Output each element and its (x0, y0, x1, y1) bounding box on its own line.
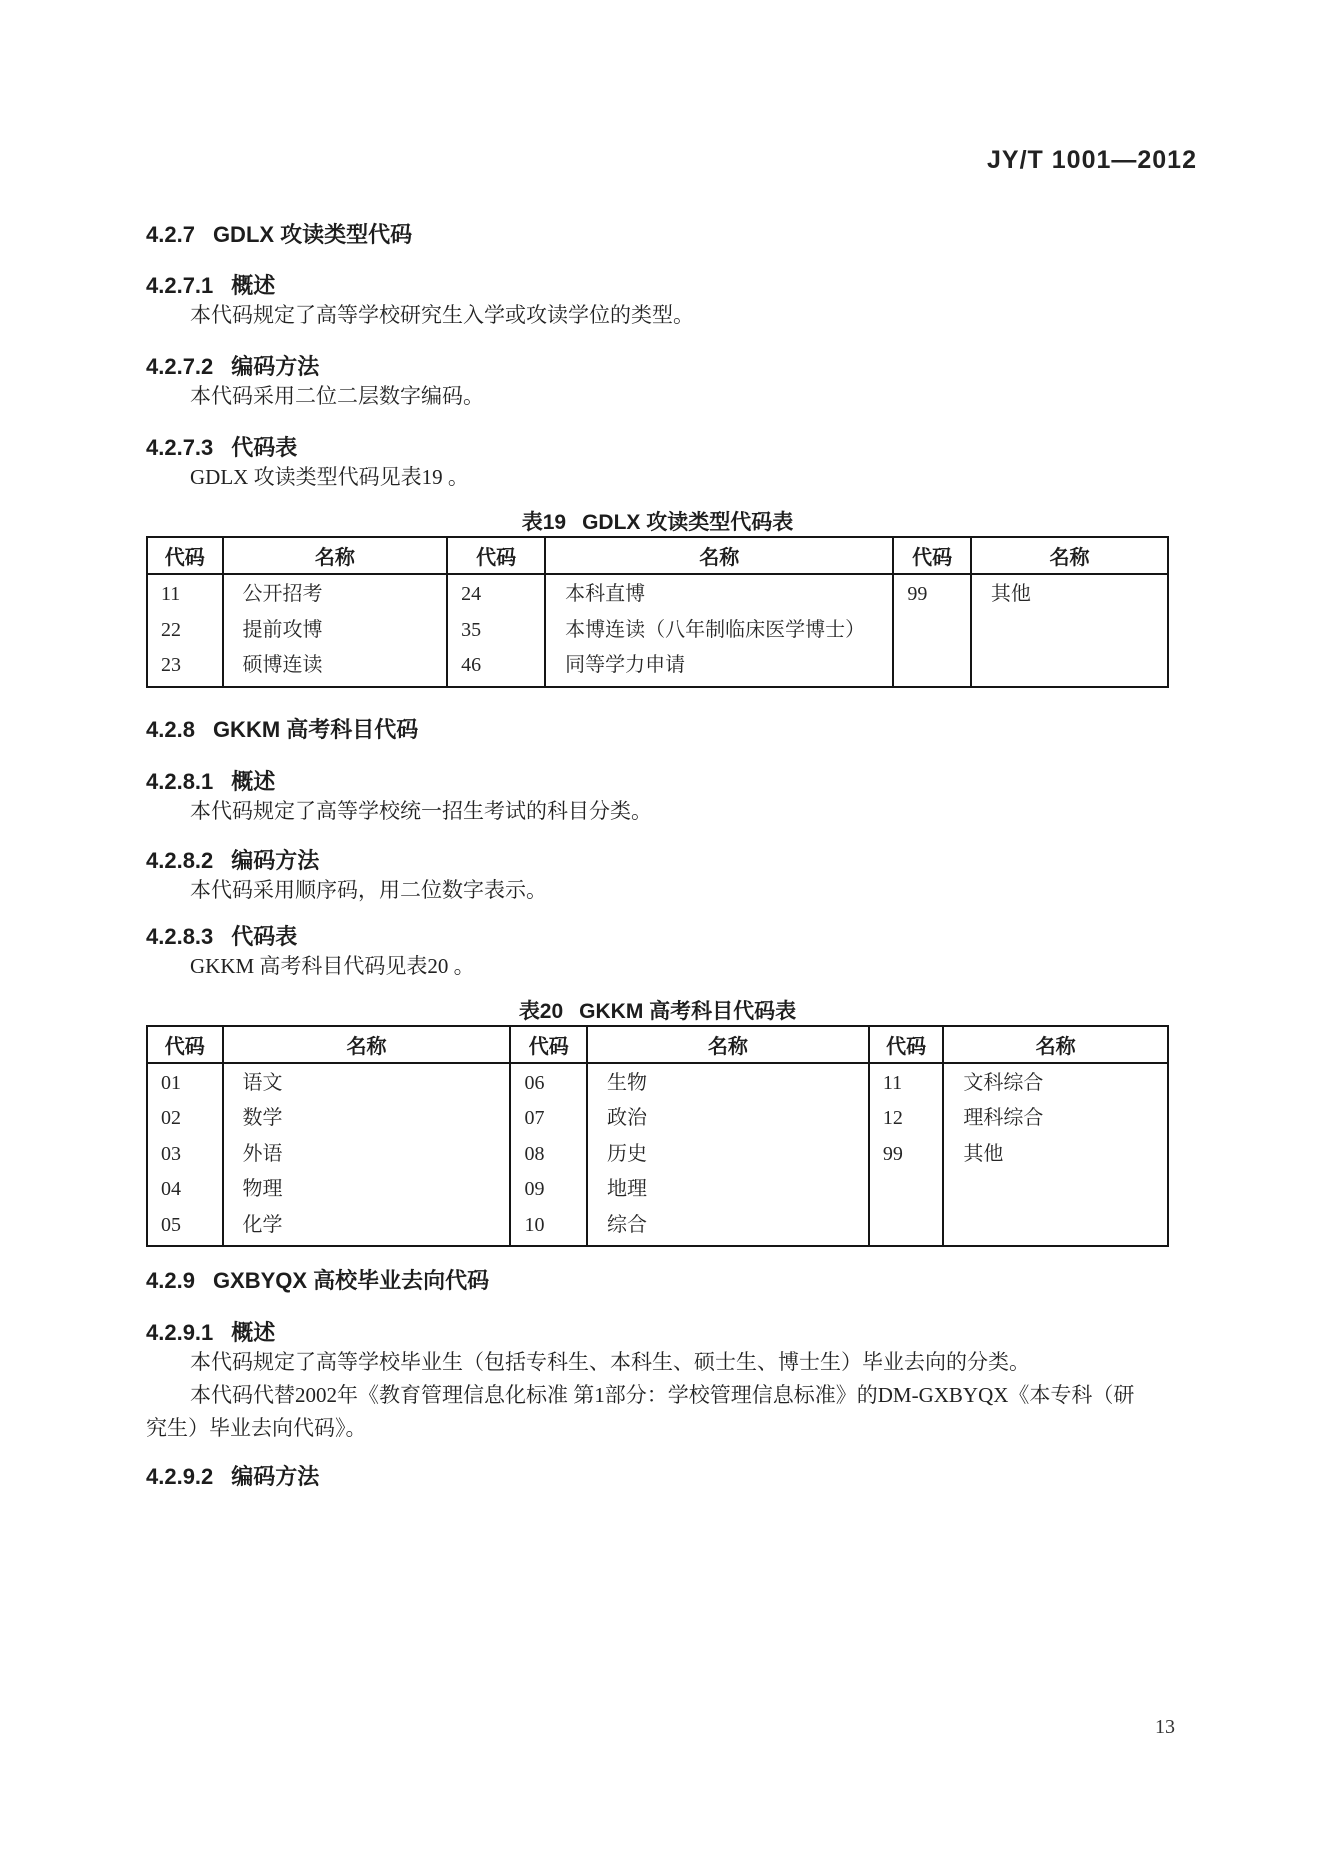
table20-caption-label: 表20 (519, 1000, 563, 1023)
table19-caption: 表19GDLX 攻读类型代码表 (146, 510, 1169, 536)
column-header-code: 代码 (893, 537, 971, 574)
code-value: 09 (511, 1172, 586, 1208)
section-heading-4-2-8-1: 4.2.8.1 概述 (146, 769, 1169, 795)
table19-code-cell: 24 35 46 (447, 574, 545, 687)
section-heading-4-2-7: 4.2.7 GDLX 攻读类型代码 (146, 222, 1169, 248)
table19-gdlx-codes: 代码 名称 代码 名称 代码 名称 11 22 23 公开招考 (146, 536, 1169, 688)
table20-code-cell: 11 12 99 (869, 1063, 944, 1247)
section-number: 4.2.8.3 (146, 924, 213, 950)
name-value: 化学 (224, 1208, 510, 1244)
paragraph: 本代码代替2002年《教育管理信息化标准 第1部分：学校管理信息标准》的DM-G… (146, 1379, 1146, 1445)
column-header-name: 名称 (587, 1026, 869, 1063)
section-number: 4.2.7 (146, 222, 195, 248)
table20-code-cell: 01 02 03 04 05 (147, 1063, 223, 1247)
page-content: 4.2.7 GDLX 攻读类型代码 4.2.7.1 概述 本代码规定了高等学校研… (146, 0, 1169, 1490)
table19-name-cell: 公开招考 提前攻博 硕博连读 (223, 574, 448, 687)
section-title: 编码方法 (231, 1464, 319, 1490)
section-title: GXBYQX 高校毕业去向代码 (213, 1268, 489, 1294)
table19-name-cell: 其他 (971, 574, 1168, 687)
name-value: 生物 (588, 1066, 868, 1102)
section-heading-4-2-8-2: 4.2.8.2 编码方法 (146, 848, 1169, 874)
code-value: 01 (148, 1066, 222, 1102)
code-value: 03 (148, 1137, 222, 1173)
name-value: 其他 (972, 577, 1167, 613)
table19-caption-title: GDLX 攻读类型代码表 (582, 511, 793, 534)
name-value: 物理 (224, 1172, 510, 1208)
name-value: 外语 (224, 1137, 510, 1173)
code-value: 11 (148, 577, 222, 613)
section-heading-4-2-9-1: 4.2.9.1 概述 (146, 1320, 1169, 1346)
section-title: 编码方法 (231, 848, 319, 874)
section-number: 4.2.8.1 (146, 769, 213, 795)
name-value: 其他 (944, 1137, 1167, 1173)
column-header-code: 代码 (510, 1026, 587, 1063)
section-heading-4-2-7-1: 4.2.7.1 概述 (146, 273, 1169, 299)
column-header-name: 名称 (971, 537, 1168, 574)
table19-caption-label: 表19 (522, 511, 566, 534)
section-number: 4.2.9 (146, 1268, 195, 1294)
section-title: GKKM 高考科目代码 (213, 717, 418, 743)
code-value: 08 (511, 1137, 586, 1173)
code-value: 06 (511, 1066, 586, 1102)
table20-code-cell: 06 07 08 09 10 (510, 1063, 587, 1247)
section-title: 代码表 (231, 435, 297, 461)
code-value: 46 (448, 648, 544, 684)
code-value: 11 (870, 1066, 943, 1102)
name-value: 同等学力申请 (546, 648, 892, 684)
column-header-name: 名称 (545, 537, 893, 574)
code-value: 23 (148, 648, 222, 684)
code-value: 35 (448, 613, 544, 649)
section-number: 4.2.7.1 (146, 273, 213, 299)
name-value: 政治 (588, 1101, 868, 1137)
section-number: 4.2.9.2 (146, 1464, 213, 1490)
paragraph: 本代码采用顺序码，用二位数字表示。 (146, 874, 1169, 907)
section-title: 代码表 (231, 924, 297, 950)
section-number: 4.2.7.3 (146, 435, 213, 461)
section-heading-4-2-9: 4.2.9 GXBYQX 高校毕业去向代码 (146, 1268, 1169, 1294)
code-value: 04 (148, 1172, 222, 1208)
section-heading-4-2-8-3: 4.2.8.3 代码表 (146, 924, 1169, 950)
table19-body-row: 11 22 23 公开招考 提前攻博 硕博连读 24 35 46 (147, 574, 1168, 687)
section-number: 4.2.9.1 (146, 1320, 213, 1346)
column-header-code: 代码 (147, 1026, 223, 1063)
code-value: 22 (148, 613, 222, 649)
code-value: 07 (511, 1101, 586, 1137)
table20-name-cell: 语文 数学 外语 物理 化学 (223, 1063, 511, 1247)
name-value: 语文 (224, 1066, 510, 1102)
page-number: 13 (1155, 1716, 1175, 1739)
section-title: 概述 (231, 1320, 275, 1346)
name-value: 数学 (224, 1101, 510, 1137)
code-value: 99 (894, 577, 970, 613)
name-value: 理科综合 (944, 1101, 1167, 1137)
section-heading-4-2-9-2: 4.2.9.2 编码方法 (146, 1464, 1169, 1490)
name-value: 本博连读（八年制临床医学博士） (546, 613, 892, 649)
table20-caption-title: GKKM 高考科目代码表 (579, 1000, 796, 1023)
name-value: 公开招考 (224, 577, 447, 613)
section-heading-4-2-7-2: 4.2.7.2 编码方法 (146, 354, 1169, 380)
column-header-name: 名称 (943, 1026, 1168, 1063)
table20-header-row: 代码 名称 代码 名称 代码 名称 (147, 1026, 1168, 1063)
document-page: JY/T 1001—2012 4.2.7 GDLX 攻读类型代码 4.2.7.1… (0, 0, 1323, 1871)
table20-name-cell: 生物 政治 历史 地理 综合 (587, 1063, 869, 1247)
section-title: 编码方法 (231, 354, 319, 380)
paragraph: 本代码规定了高等学校毕业生（包括专科生、本科生、硕士生、博士生）毕业去向的分类。 (146, 1346, 1169, 1379)
paragraph: 本代码规定了高等学校研究生入学或攻读学位的类型。 (146, 299, 1169, 332)
section-number: 4.2.8.2 (146, 848, 213, 874)
code-value: 24 (448, 577, 544, 613)
name-value: 硕博连读 (224, 648, 447, 684)
section-title: GDLX 攻读类型代码 (213, 222, 412, 248)
table20-caption: 表20GKKM 高考科目代码表 (146, 999, 1169, 1025)
name-value: 历史 (588, 1137, 868, 1173)
column-header-code: 代码 (869, 1026, 944, 1063)
name-value: 地理 (588, 1172, 868, 1208)
name-value: 综合 (588, 1208, 868, 1244)
table19-name-cell: 本科直博 本博连读（八年制临床医学博士） 同等学力申请 (545, 574, 893, 687)
code-value: 10 (511, 1208, 586, 1244)
code-value: 12 (870, 1101, 943, 1137)
paragraph: 本代码规定了高等学校统一招生考试的科目分类。 (146, 795, 1169, 828)
name-value: 本科直博 (546, 577, 892, 613)
section-heading-4-2-8: 4.2.8 GKKM 高考科目代码 (146, 717, 1169, 743)
column-header-code: 代码 (147, 537, 223, 574)
code-value: 99 (870, 1137, 943, 1173)
name-value: 提前攻博 (224, 613, 447, 649)
paragraph: GKKM 高考科目代码见表20 。 (146, 950, 1169, 983)
table20-body-row: 01 02 03 04 05 语文 数学 外语 物理 化学 06 (147, 1063, 1168, 1247)
table20-gkkm-codes: 代码 名称 代码 名称 代码 名称 01 02 03 04 05 (146, 1025, 1169, 1248)
table20-name-cell: 文科综合 理科综合 其他 (943, 1063, 1168, 1247)
section-title: 概述 (231, 769, 275, 795)
section-heading-4-2-7-3: 4.2.7.3 代码表 (146, 435, 1169, 461)
column-header-name: 名称 (223, 1026, 511, 1063)
code-value: 02 (148, 1101, 222, 1137)
paragraph: 本代码采用二位二层数字编码。 (146, 380, 1169, 413)
paragraph: GDLX 攻读类型代码见表19 。 (146, 461, 1169, 494)
section-number: 4.2.8 (146, 717, 195, 743)
table19-header-row: 代码 名称 代码 名称 代码 名称 (147, 537, 1168, 574)
section-title: 概述 (231, 273, 275, 299)
table19-code-cell: 11 22 23 (147, 574, 223, 687)
column-header-code: 代码 (447, 537, 545, 574)
section-number: 4.2.7.2 (146, 354, 213, 380)
table19-code-cell: 99 (893, 574, 971, 687)
code-value: 05 (148, 1208, 222, 1244)
name-value: 文科综合 (944, 1066, 1167, 1102)
column-header-name: 名称 (223, 537, 448, 574)
